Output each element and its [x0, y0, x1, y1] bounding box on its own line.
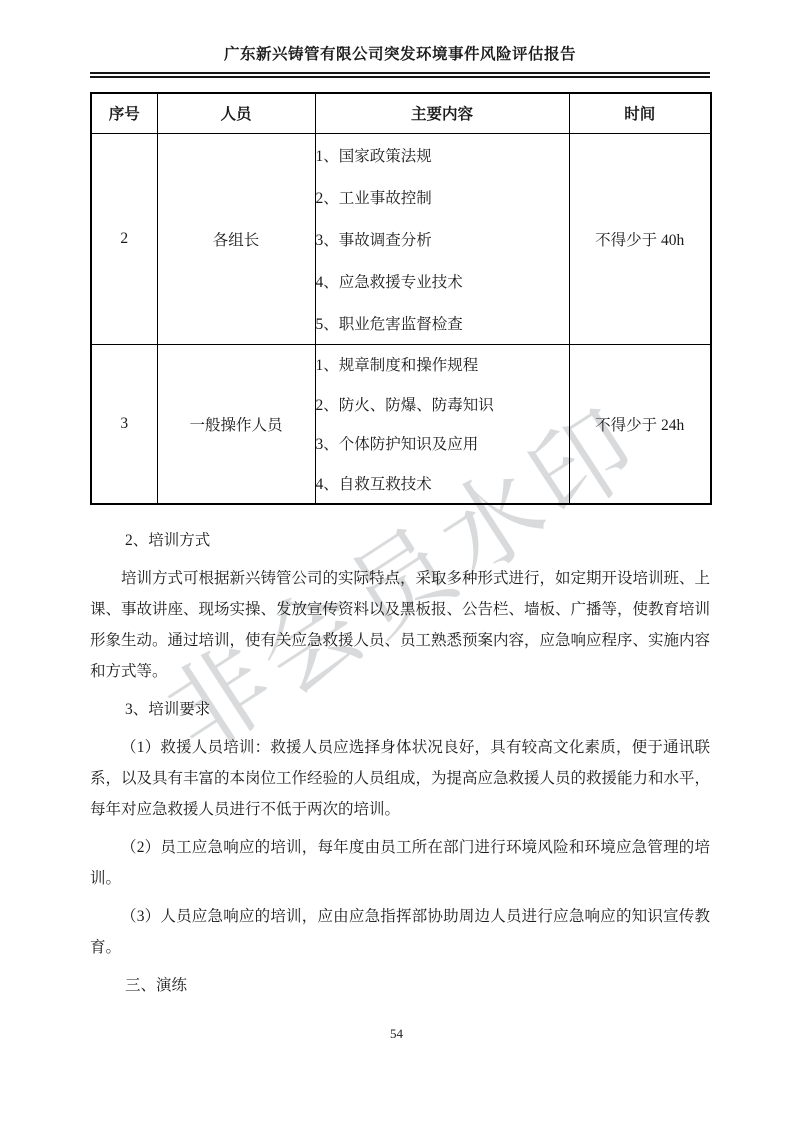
- content-item: 1、国家政策法规: [316, 144, 569, 166]
- table-row-group-leaders: 2 各组长 1、国家政策法规 2、工业事故控制 3、事故调查分析 4、应急救援专…: [91, 133, 711, 344]
- content-item: 4、应急救援专业技术: [316, 270, 569, 292]
- header-double-rule: [90, 72, 710, 78]
- section-heading-drill: 三、演练: [125, 970, 710, 1001]
- column-header-no: 序号: [91, 93, 157, 133]
- section-heading-training-method: 2、培训方式: [125, 525, 710, 556]
- content-item: 3、个体防护知识及应用: [316, 432, 569, 454]
- row-main-content: 1、国家政策法规 2、工业事故控制 3、事故调查分析 4、应急救援专业技术 5、…: [315, 133, 569, 344]
- content-item: 3、事故调查分析: [316, 228, 569, 250]
- row-personnel: 一般操作人员: [157, 344, 315, 504]
- content-item: 2、防火、防爆、防毒知识: [316, 393, 569, 415]
- column-header-personnel: 人员: [157, 93, 315, 133]
- paragraph-requirement-3: （3）人员应急响应的培训，应由应急指挥部协助周边人员进行应急响应的知识宣传教育。: [90, 901, 710, 963]
- column-header-main-content: 主要内容: [315, 93, 569, 133]
- table-header-row: 序号 人员 主要内容 时间: [91, 93, 711, 133]
- column-header-time: 时间: [569, 93, 711, 133]
- page-content: 广东新兴铸管有限公司突发环境事件风险评估报告 序号 人员 主要内容 时间 2 各…: [0, 0, 793, 1001]
- content-item: 2、工业事故控制: [316, 186, 569, 208]
- row-time: 不得少于 24h: [569, 344, 711, 504]
- paragraph-requirement-1: （1）救援人员培训：救援人员应选择身体状况良好，具有较高文化素质，便于通讯联系，…: [90, 732, 710, 825]
- section-heading-training-requirements: 3、培训要求: [125, 694, 710, 725]
- document-page: 非会员水印 广东新兴铸管有限公司突发环境事件风险评估报告 序号 人员 主要内容 …: [0, 0, 793, 1122]
- content-item: 4、自救互救技术: [316, 472, 569, 494]
- content-item-list: 1、规章制度和操作规程 2、防火、防爆、防毒知识 3、个体防护知识及应用 4、自…: [316, 345, 569, 503]
- table-row-general-operators: 3 一般操作人员 1、规章制度和操作规程 2、防火、防爆、防毒知识 3、个体防护…: [91, 344, 711, 504]
- row-no: 3: [91, 344, 157, 504]
- row-personnel: 各组长: [157, 133, 315, 344]
- content-item: 5、职业危害监督检查: [316, 312, 569, 334]
- document-header-title: 广东新兴铸管有限公司突发环境事件风险评估报告: [90, 46, 710, 64]
- page-number: 54: [0, 1026, 793, 1042]
- training-plan-table: 序号 人员 主要内容 时间 2 各组长 1、国家政策法规 2、工业事故控制 3、…: [90, 92, 712, 505]
- row-main-content: 1、规章制度和操作规程 2、防火、防爆、防毒知识 3、个体防护知识及应用 4、自…: [315, 344, 569, 504]
- row-time: 不得少于 40h: [569, 133, 711, 344]
- paragraph-requirement-2: （2）员工应急响应的培训，每年度由员工所在部门进行环境风险和环境应急管理的培训。: [90, 832, 710, 894]
- content-item: 1、规章制度和操作规程: [316, 353, 569, 375]
- content-item-list: 1、国家政策法规 2、工业事故控制 3、事故调查分析 4、应急救援专业技术 5、…: [316, 134, 569, 344]
- row-no: 2: [91, 133, 157, 344]
- paragraph-training-method: 培训方式可根据新兴铸管公司的实际特点，采取多种形式进行，如定期开设培训班、上课、…: [90, 563, 710, 687]
